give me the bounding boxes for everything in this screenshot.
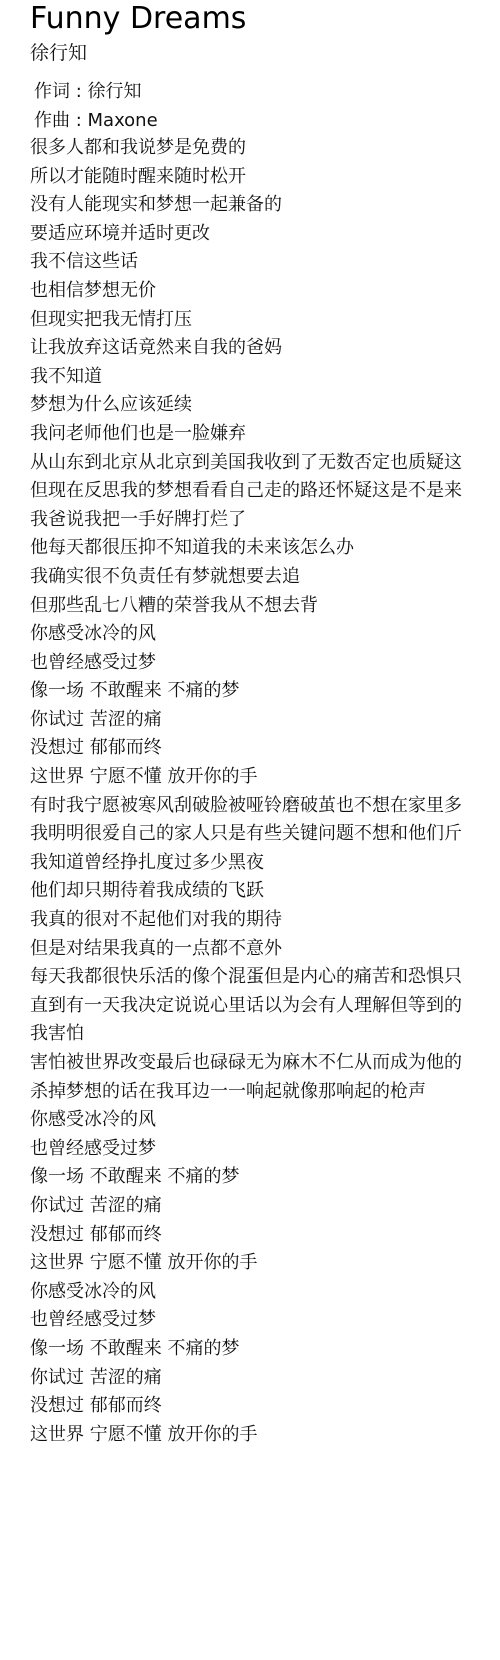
lyric-line: 有时我宁愿被寒风刮破脸被哑铃磨破茧也不想在家里多 (30, 792, 500, 821)
lyric-line: 从山东到北京从北京到美国我收到了无数否定也质疑这 (30, 449, 500, 478)
lyric-line: 害怕被世界改变最后也碌碌无为麻木不仁从而成为他的 (30, 1049, 500, 1078)
lyric-line: 你感受冰冷的风 (30, 620, 500, 649)
lyric-line: 我真的很对不起他们对我的期待 (30, 906, 500, 935)
lyric-line: 但现实把我无情打压 (30, 306, 500, 335)
lyric-line: 没想过 郁郁而终 (30, 1392, 500, 1421)
lyricist-credit: 作词 : 徐行知 (34, 78, 158, 107)
lyric-line: 这世界 宁愿不懂 放开你的手 (30, 1421, 500, 1450)
lyric-line: 让我放弃这话竟然来自我的爸妈 (30, 334, 500, 363)
lyric-line: 梦想为什么应该延续 (30, 391, 500, 420)
composer-credit: 作曲 : Maxone (34, 107, 158, 136)
lyric-line: 我不知道 (30, 363, 500, 392)
lyric-line: 你感受冰冷的风 (30, 1106, 500, 1135)
lyric-line: 也曾经感受过梦 (30, 1135, 500, 1164)
credits: 作词 : 徐行知 作曲 : Maxone (34, 78, 158, 135)
lyric-line: 但那些乱七八糟的荣誉我从不想去背 (30, 592, 500, 621)
lyric-line: 我确实很不负责任有梦就想要去追 (30, 563, 500, 592)
lyric-line: 很多人都和我说梦是免费的 (30, 134, 500, 163)
lyric-line: 直到有一天我决定说说心里话以为会有人理解但等到的 (30, 992, 500, 1021)
lyric-line: 我爸说我把一手好牌打烂了 (30, 506, 500, 535)
lyric-line: 没想过 郁郁而终 (30, 1221, 500, 1250)
lyric-line: 你试过 苦涩的痛 (30, 706, 500, 735)
lyric-line: 每天我都很快乐活的像个混蛋但是内心的痛苦和恐惧只 (30, 963, 500, 992)
lyric-line: 但是对结果我真的一点都不意外 (30, 935, 500, 964)
lyric-line: 没有人能现实和梦想一起兼备的 (30, 191, 500, 220)
lyric-line: 我知道曾经挣扎度过多少黑夜 (30, 849, 500, 878)
lyric-line: 你感受冰冷的风 (30, 1278, 500, 1307)
lyric-line: 我害怕 (30, 1020, 500, 1049)
lyric-line: 像一场 不敢醒来 不痛的梦 (30, 1163, 500, 1192)
lyric-line: 也曾经感受过梦 (30, 1306, 500, 1335)
lyric-line: 像一场 不敢醒来 不痛的梦 (30, 1335, 500, 1364)
lyric-line: 没想过 郁郁而终 (30, 734, 500, 763)
lyric-line: 你试过 苦涩的痛 (30, 1192, 500, 1221)
lyric-line: 这世界 宁愿不懂 放开你的手 (30, 1249, 500, 1278)
lyric-line: 但现在反思我的梦想看看自己走的路还怀疑这是不是来 (30, 477, 500, 506)
lyric-line: 所以才能随时醒来随时松开 (30, 163, 500, 192)
lyric-line: 像一场 不敢醒来 不痛的梦 (30, 677, 500, 706)
song-title: Funny Dreams (30, 0, 246, 38)
lyric-line: 也曾经感受过梦 (30, 649, 500, 678)
lyric-line: 这世界 宁愿不懂 放开你的手 (30, 763, 500, 792)
lyric-line: 我不信这些话 (30, 248, 500, 277)
lyric-line: 我明明很爱自己的家人只是有些关键问题不想和他们斤 (30, 820, 500, 849)
lyric-line: 杀掉梦想的话在我耳边一一响起就像那响起的枪声 (30, 1078, 500, 1107)
lyric-line: 他们却只期待着我成绩的飞跃 (30, 877, 500, 906)
lyrics-page: Funny Dreams 徐行知 作词 : 徐行知 作曲 : Maxone 很多… (0, 0, 500, 1660)
lyric-line: 我问老师他们也是一脸嫌弃 (30, 420, 500, 449)
artist-name: 徐行知 (30, 40, 87, 66)
lyric-line: 他每天都很压抑不知道我的未来该怎么办 (30, 534, 500, 563)
lyrics-body: 很多人都和我说梦是免费的所以才能随时醒来随时松开没有人能现实和梦想一起兼备的要适… (30, 134, 500, 1449)
lyric-line: 你试过 苦涩的痛 (30, 1364, 500, 1393)
lyric-line: 要适应环境并适时更改 (30, 220, 500, 249)
lyric-line: 也相信梦想无价 (30, 277, 500, 306)
